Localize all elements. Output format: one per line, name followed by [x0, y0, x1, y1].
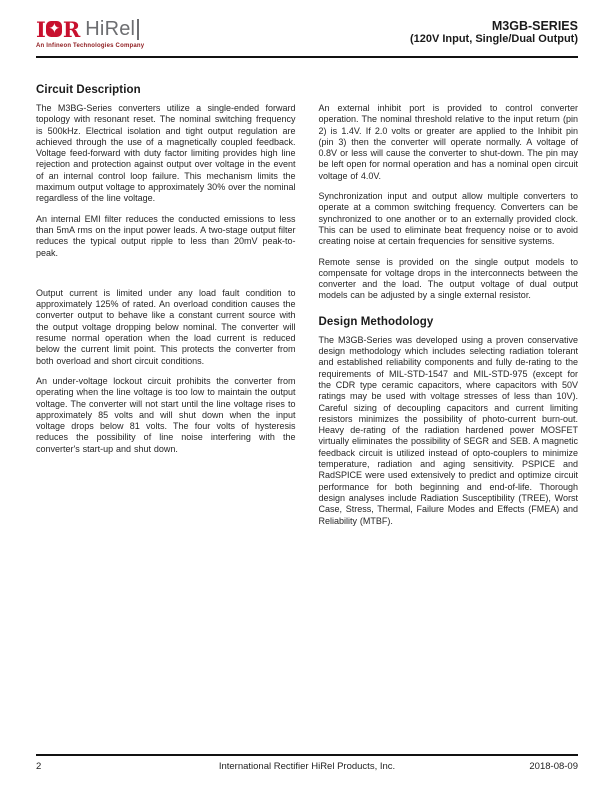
- logo-tagline: An Infineon Technologies Company: [36, 43, 144, 49]
- ir-logo-diamond-icon: ✦: [46, 21, 62, 37]
- left-column: Circuit Description The M3BG-Series conv…: [36, 84, 296, 536]
- right-column: An external inhibit port is provided to …: [319, 84, 579, 536]
- paragraph: Synchronization input and output allow m…: [319, 191, 579, 247]
- page-body: Circuit Description The M3BG-Series conv…: [36, 84, 578, 536]
- footer-date: 2018-08-09: [498, 761, 578, 772]
- circuit-description-heading: Circuit Description: [36, 84, 296, 96]
- paragraph: The M3GB-Series was developed using a pr…: [319, 335, 579, 527]
- page-footer: 2 International Rectifier HiRel Products…: [36, 754, 578, 772]
- page-number: 2: [36, 761, 116, 772]
- paragraph: An under-voltage lockout circuit prohibi…: [36, 376, 296, 455]
- paragraph: An external inhibit port is provided to …: [319, 103, 579, 182]
- header-titles: M3GB-SERIES (120V Input, Single/Dual Out…: [410, 16, 578, 46]
- footer-company: International Rectifier HiRel Products, …: [116, 761, 498, 772]
- ir-logo-letter-i: I: [36, 19, 45, 40]
- paragraph: Output current is limited under any load…: [36, 288, 296, 367]
- page-header: I ✦ R HiRel An Infineon Technologies Com…: [36, 16, 578, 58]
- paragraph: Remote sense is provided on the single o…: [319, 257, 579, 302]
- logo-row: I ✦ R HiRel: [36, 18, 144, 40]
- datasheet-page: I ✦ R HiRel An Infineon Technologies Com…: [0, 0, 612, 792]
- series-subtitle: (120V Input, Single/Dual Output): [410, 33, 578, 46]
- hirel-wordmark: HiRel: [85, 19, 135, 39]
- design-methodology-heading: Design Methodology: [319, 316, 579, 328]
- ir-logo-letters: I ✦ R: [36, 19, 79, 40]
- paragraph: The M3BG-Series converters utilize a sin…: [36, 103, 296, 205]
- logo-divider-bar: [137, 19, 139, 40]
- ir-hirel-logo: I ✦ R HiRel An Infineon Technologies Com…: [36, 16, 144, 49]
- paragraph: An internal EMI filter reduces the condu…: [36, 214, 296, 259]
- series-title: M3GB-SERIES: [410, 19, 578, 33]
- ir-logo-letter-r: R: [63, 19, 79, 40]
